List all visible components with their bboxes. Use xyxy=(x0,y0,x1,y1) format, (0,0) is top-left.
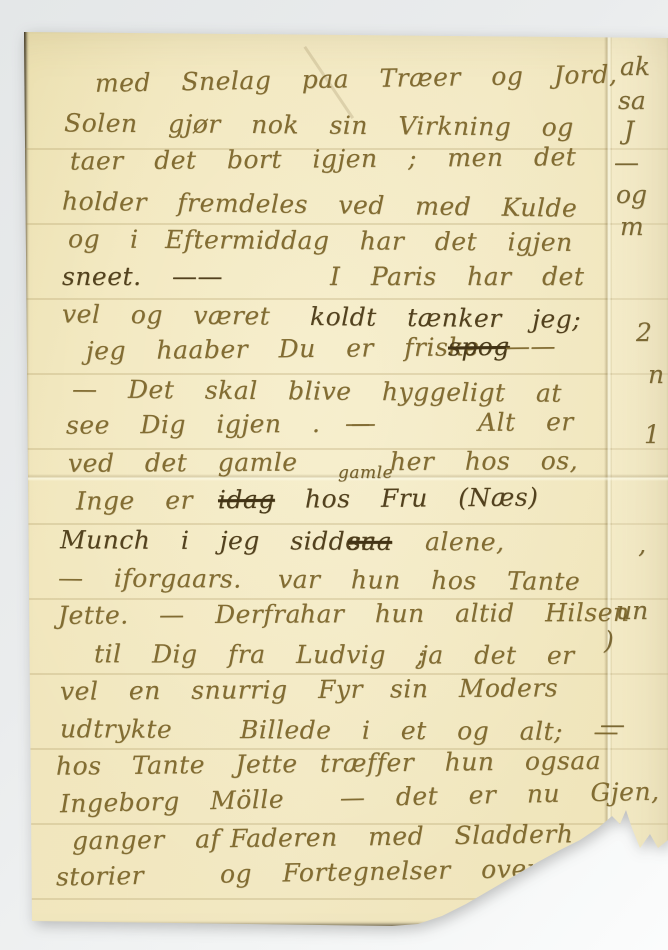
adjacent-page-text-fragment: — xyxy=(614,148,639,177)
adjacent-page-text-fragment: J xyxy=(624,116,634,145)
scan-background: med Snelag paa Træer og Jord,Solen gjør … xyxy=(0,0,668,950)
adjacent-page-text-fragment: ak xyxy=(620,52,650,81)
paper-shadow-wrap: med Snelag paa Træer og Jord,Solen gjør … xyxy=(0,0,668,950)
letter-page: med Snelag paa Træer og Jord,Solen gjør … xyxy=(24,28,668,926)
adjacent-page-text-fragment: un xyxy=(616,596,648,625)
adjacent-page-fragments-layer: aksaJ—ogm2n1‚un)— xyxy=(24,28,668,926)
adjacent-page-text-fragment: og xyxy=(616,180,647,209)
adjacent-page-text-fragment: — xyxy=(600,710,625,739)
adjacent-page-text-fragment: sa xyxy=(618,86,646,115)
adjacent-page-text-fragment: 2 xyxy=(636,318,652,347)
adjacent-page-text-fragment: ) xyxy=(604,626,614,655)
adjacent-page-text-fragment: m xyxy=(620,212,644,241)
adjacent-page-text-fragment: 1 xyxy=(644,420,660,449)
adjacent-page-text-fragment: n xyxy=(648,360,664,389)
adjacent-page-text-fragment: ‚ xyxy=(638,530,646,559)
